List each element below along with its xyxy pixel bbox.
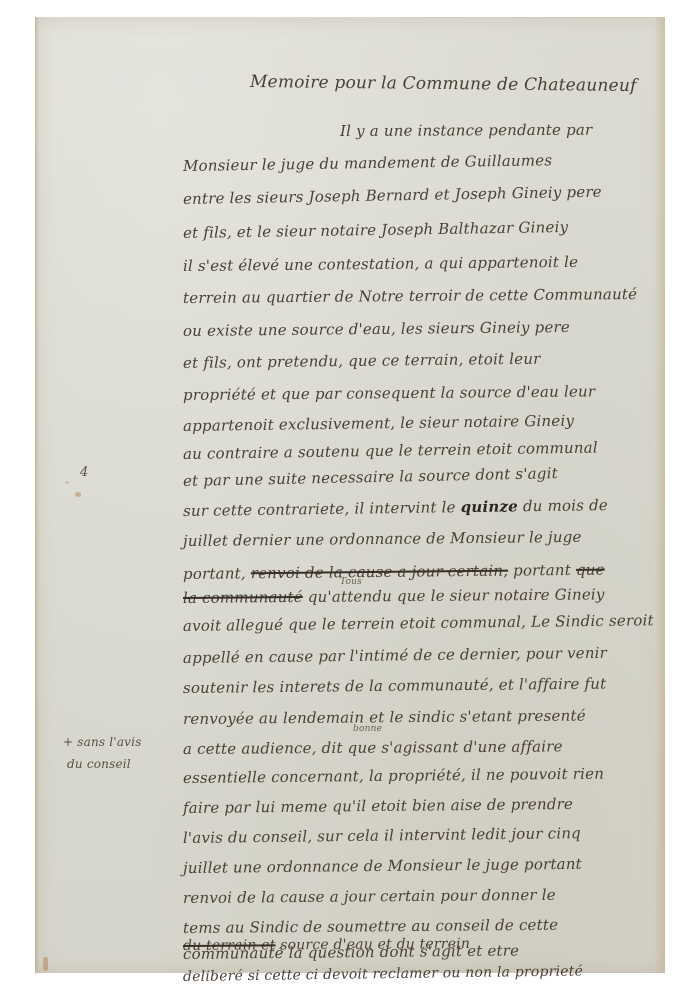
line-text: portant, xyxy=(183,564,251,583)
manuscript-line-30: du terrain et source d'eau et du terrein xyxy=(183,936,470,954)
manuscript-line-13: sur cette contrariete, il intervint le q… xyxy=(183,496,608,520)
manuscript-line-7: ou existe une source d'eau, les sieurs G… xyxy=(183,318,570,340)
manuscript-line-12: et par une suite necessaire la source do… xyxy=(183,464,558,490)
margin-note: du conseil xyxy=(67,757,131,771)
manuscript-line-24: l'avis du conseil, sur cela il intervint… xyxy=(183,824,581,847)
line-text: qu'attendu que le sieur notaire Gineiy xyxy=(303,585,605,606)
manuscript-line-10: appartenoit exclusivement, le sieur nota… xyxy=(183,412,574,435)
interlinear-note: bonne xyxy=(353,724,382,734)
line-text: portant xyxy=(508,561,576,580)
manuscript-line-29: deliberé si cette ci devoit reclamer ou … xyxy=(183,963,583,985)
manuscript-line-27: tems au Sindic de soumettre au conseil d… xyxy=(183,916,558,937)
interlinear-note: Tous xyxy=(340,577,362,587)
paper-stain xyxy=(75,492,81,497)
margin-note: + sans l'avis xyxy=(63,735,142,749)
manuscript-line-4: et fils, et le sieur notaire Joseph Balt… xyxy=(183,218,568,242)
line-text: du mois de xyxy=(518,496,608,515)
line-text: source d'eau et du terrein xyxy=(275,936,470,953)
manuscript-line-6: terrein au quartier de Notre terroir de … xyxy=(183,285,637,307)
manuscript-line-21: a cette audience, dit que s'agissant d'u… xyxy=(183,737,563,758)
manuscript-line-22: essentielle concernant, la propriété, il… xyxy=(183,765,604,787)
manuscript-line-2: Monsieur le juge du mandement de Guillau… xyxy=(183,151,552,175)
manuscript-line-5: il s'est élevé une contestation, a qui a… xyxy=(183,253,578,275)
line-text: sur cette contrariete, il intervint le xyxy=(183,498,461,520)
manuscript-line-9: propriété et que par consequent la sourc… xyxy=(183,382,595,404)
manuscript-line-14: juillet dernier une ordonnance de Monsie… xyxy=(183,528,582,550)
margin-note-number: 4 xyxy=(80,465,88,480)
manuscript-line-23: faire par lui meme qu'il etoit bien aise… xyxy=(183,795,573,817)
struck-text: la communauté xyxy=(183,588,303,607)
manuscript-line-15: portant, renvoi de la cause a jour certa… xyxy=(183,561,605,583)
document-title: Memoire pour la Commune de Chateauneuf xyxy=(250,72,637,96)
manuscript-line-18: appellé en cause par l'intimé de ce dern… xyxy=(183,644,607,667)
emphasized-word: quinze xyxy=(461,497,519,516)
manuscript-line-25: juillet une ordonnance de Monsieur le ju… xyxy=(183,855,582,877)
manuscript-line-20: renvoyée au lendemain et le sindic s'eta… xyxy=(183,706,586,728)
paper-stain xyxy=(43,957,48,971)
paper-stain xyxy=(65,481,69,484)
manuscript-line-26: renvoi de la cause a jour certain pour d… xyxy=(183,886,556,907)
manuscript-line-16: la communauté qu'attendu que le sieur no… xyxy=(183,585,605,607)
manuscript-line-1: Il y a une instance pendante par xyxy=(340,121,592,140)
struck-text: que xyxy=(576,561,605,579)
struck-text: renvoi de la cause a jour certain, xyxy=(251,562,509,583)
struck-text: du terrain et xyxy=(183,937,276,954)
manuscript-line-17: avoit allegué que le terrein etoit commu… xyxy=(183,611,654,635)
page-edge-right xyxy=(655,17,665,973)
manuscript-line-8: et fils, ont pretendu, que ce terrain, e… xyxy=(183,350,541,372)
page-edge-left xyxy=(35,17,39,973)
manuscript-page: Memoire pour la Commune de Chateauneuf I… xyxy=(35,17,665,973)
manuscript-line-11: au contraire a soutenu que le terrein et… xyxy=(183,438,598,463)
manuscript-line-3: entre les sieurs Joseph Bernard et Josep… xyxy=(183,183,602,208)
manuscript-line-19: soutenir les interets de la communauté, … xyxy=(183,675,607,697)
